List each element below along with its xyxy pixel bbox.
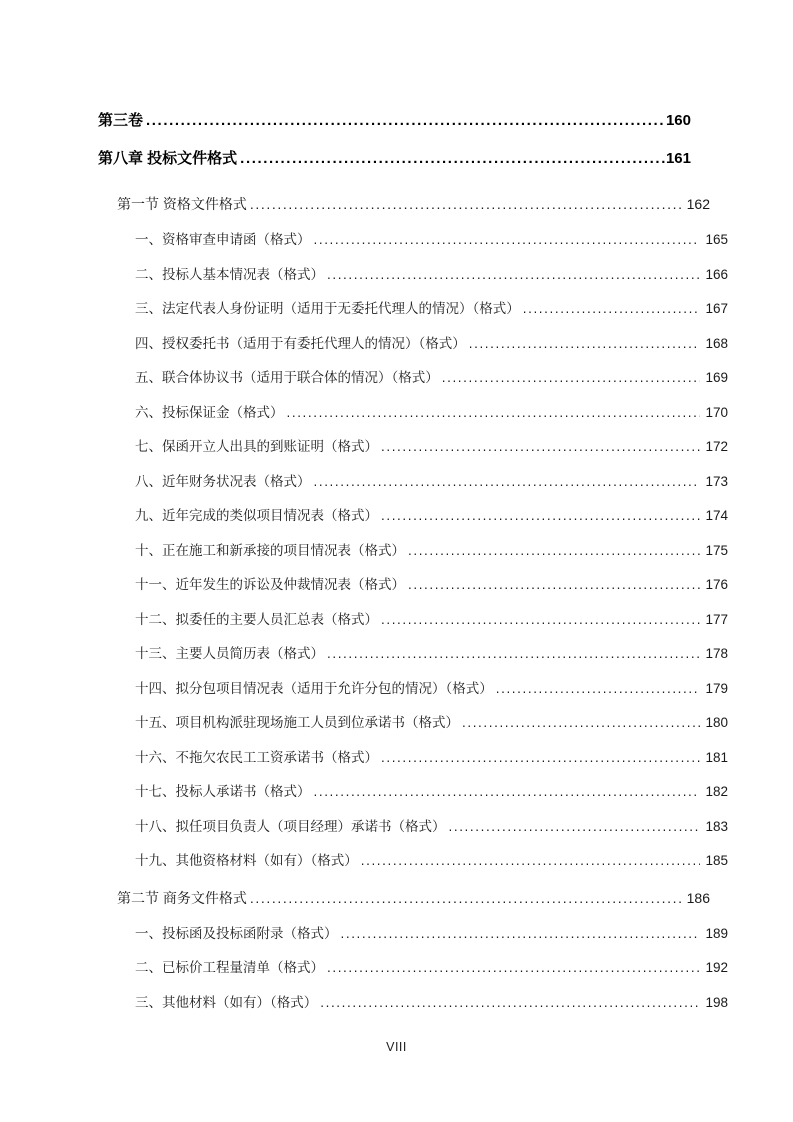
toc-entry-title: 十一、近年发生的诉讼及仲裁情况表（格式） [135, 576, 405, 593]
toc-leader-dots [240, 150, 665, 168]
toc-entry[interactable]: 一、投标函及投标函附录（格式） 189 [98, 925, 728, 942]
toc-entry-title: 二、投标人基本情况表（格式） [135, 266, 324, 283]
toc-entry-page: 189 [700, 925, 728, 942]
toc-leader-dots [314, 783, 701, 800]
toc-entry-title: 第二节 商务文件格式 [117, 890, 247, 907]
toc-entry[interactable]: 第八章 投标文件格式 161 [98, 150, 691, 168]
toc-entry[interactable]: 十二、拟委任的主要人员汇总表（格式） 177 [98, 611, 728, 628]
table-of-contents: 第三卷 160 第八章 投标文件格式 161 第一节 资格文件格式 162 一、… [98, 112, 691, 1028]
toc-leader-dots [462, 714, 700, 731]
toc-entry-title: 十五、项目机构派驻现场施工人员到位承诺书（格式） [135, 714, 459, 731]
toc-entry-title: 第三卷 [98, 112, 143, 130]
toc-entry-page: 179 [700, 680, 728, 697]
toc-leader-dots [341, 925, 701, 942]
toc-entry-title: 十四、拟分包项目情况表（适用于允许分包的情况）（格式） [135, 680, 493, 697]
document-page: 第三卷 160 第八章 投标文件格式 161 第一节 资格文件格式 162 一、… [0, 0, 793, 1122]
toc-entry-page: 166 [700, 266, 728, 283]
toc-entry[interactable]: 九、近年完成的类似项目情况表（格式） 174 [98, 507, 728, 524]
toc-entry-page: 181 [700, 749, 728, 766]
toc-entry-page: 161 [665, 150, 691, 168]
toc-leader-dots [381, 507, 700, 524]
toc-entry-title: 十八、拟任项目负责人（项目经理）承诺书（格式） [135, 818, 446, 835]
toc-entry-title: 六、投标保证金（格式） [135, 404, 284, 421]
toc-entry[interactable]: 十六、不拖欠农民工工资承诺书（格式） 181 [98, 749, 728, 766]
toc-entry-page: 175 [700, 542, 728, 559]
toc-entry-page: 178 [700, 645, 728, 662]
toc-leader-dots [361, 852, 701, 869]
toc-entry-title: 十七、投标人承诺书（格式） [135, 783, 311, 800]
toc-entry-title: 一、资格审查申请函（格式） [135, 231, 311, 248]
toc-entry-title: 三、法定代表人身份证明（适用于无委托代理人的情况）（格式） [135, 300, 520, 317]
toc-entry-title: 十二、拟委任的主要人员汇总表（格式） [135, 611, 378, 628]
toc-leader-dots [381, 438, 700, 455]
toc-entry-page: 186 [682, 890, 710, 907]
toc-entry-title: 十、正在施工和新承接的项目情况表（格式） [135, 542, 405, 559]
toc-entry-title: 第一节 资格文件格式 [117, 196, 247, 213]
toc-entry-page: 198 [700, 994, 728, 1011]
toc-entry-page: 167 [700, 300, 728, 317]
toc-entry[interactable]: 十九、其他资格材料（如有）（格式） 185 [98, 852, 728, 869]
toc-leader-dots [381, 611, 700, 628]
toc-leader-dots [250, 196, 682, 213]
toc-entry-page: 160 [665, 112, 691, 130]
toc-entry-title: 二、已标价工程量清单（格式） [135, 959, 324, 976]
toc-entry-page: 192 [700, 959, 728, 976]
toc-leader-dots [327, 266, 700, 283]
toc-entry-page: 170 [700, 404, 728, 421]
toc-entry-title: 十九、其他资格材料（如有）（格式） [135, 852, 358, 869]
toc-entry[interactable]: 二、已标价工程量清单（格式） 192 [98, 959, 728, 976]
toc-leader-dots [320, 994, 700, 1011]
toc-entry-page: 185 [700, 852, 728, 869]
toc-leader-dots [314, 473, 701, 490]
toc-entry-page: 168 [700, 335, 728, 352]
toc-entry[interactable]: 十三、主要人员简历表（格式） 178 [98, 645, 728, 662]
toc-leader-dots [381, 749, 700, 766]
toc-entry[interactable]: 七、保函开立人出具的到账证明（格式） 172 [98, 438, 728, 455]
toc-entry-page: 173 [700, 473, 728, 490]
toc-leader-dots [327, 645, 700, 662]
toc-entry[interactable]: 八、近年财务状况表（格式） 173 [98, 473, 728, 490]
toc-entry[interactable]: 三、其他材料（如有）（格式） 198 [98, 994, 728, 1011]
toc-entry[interactable]: 五、联合体协议书（适用于联合体的情况）（格式） 169 [98, 369, 728, 386]
toc-entry[interactable]: 四、授权委托书（适用于有委托代理人的情况）（格式） 168 [98, 335, 728, 352]
toc-leader-dots [287, 404, 701, 421]
toc-leader-dots [250, 890, 682, 907]
toc-entry[interactable]: 十、正在施工和新承接的项目情况表（格式） 175 [98, 542, 728, 559]
toc-leader-dots [408, 576, 700, 593]
toc-leader-dots [442, 369, 701, 386]
toc-entry-title: 十六、不拖欠农民工工资承诺书（格式） [135, 749, 378, 766]
toc-entry-title: 十三、主要人员简历表（格式） [135, 645, 324, 662]
toc-entry[interactable]: 第一节 资格文件格式 162 [98, 196, 710, 213]
toc-leader-dots [408, 542, 700, 559]
toc-entry-page: 169 [700, 369, 728, 386]
toc-leader-dots [496, 680, 701, 697]
toc-entry-title: 七、保函开立人出具的到账证明（格式） [135, 438, 378, 455]
toc-leader-dots [449, 818, 701, 835]
toc-leader-dots [523, 300, 701, 317]
toc-entry[interactable]: 十八、拟任项目负责人（项目经理）承诺书（格式） 183 [98, 818, 728, 835]
toc-entry-page: 165 [700, 231, 728, 248]
toc-entry-title: 四、授权委托书（适用于有委托代理人的情况）（格式） [135, 335, 466, 352]
toc-entry[interactable]: 第二节 商务文件格式 186 [98, 890, 710, 907]
toc-entry-page: 176 [700, 576, 728, 593]
toc-entry-title: 一、投标函及投标函附录（格式） [135, 925, 338, 942]
toc-entry[interactable]: 十四、拟分包项目情况表（适用于允许分包的情况）（格式） 179 [98, 680, 728, 697]
toc-entry-title: 三、其他材料（如有）（格式） [135, 994, 317, 1011]
toc-leader-dots [146, 112, 665, 130]
toc-entry-page: 174 [700, 507, 728, 524]
toc-entry-page: 177 [700, 611, 728, 628]
toc-entry[interactable]: 六、投标保证金（格式） 170 [98, 404, 728, 421]
toc-entry-page: 183 [700, 818, 728, 835]
toc-leader-dots [469, 335, 701, 352]
toc-entry-page: 182 [700, 783, 728, 800]
toc-entry[interactable]: 十一、近年发生的诉讼及仲裁情况表（格式） 176 [98, 576, 728, 593]
toc-entry-title: 八、近年财务状况表（格式） [135, 473, 311, 490]
toc-entry[interactable]: 一、资格审查申请函（格式） 165 [98, 231, 728, 248]
toc-entry-page: 180 [700, 714, 728, 731]
toc-entry[interactable]: 第三卷 160 [98, 112, 691, 130]
toc-entry[interactable]: 二、投标人基本情况表（格式） 166 [98, 266, 728, 283]
page-number-footer: VIII [0, 1040, 793, 1054]
toc-entry[interactable]: 三、法定代表人身份证明（适用于无委托代理人的情况）（格式） 167 [98, 300, 728, 317]
toc-leader-dots [314, 231, 701, 248]
toc-entry-page: 172 [700, 438, 728, 455]
toc-entry-title: 第八章 投标文件格式 [98, 150, 237, 168]
toc-entry-title: 九、近年完成的类似项目情况表（格式） [135, 507, 378, 524]
toc-entry-page: 162 [682, 196, 710, 213]
toc-entry-title: 五、联合体协议书（适用于联合体的情况）（格式） [135, 369, 439, 386]
toc-leader-dots [327, 959, 700, 976]
toc-entry[interactable]: 十五、项目机构派驻现场施工人员到位承诺书（格式） 180 [98, 714, 728, 731]
toc-entry[interactable]: 十七、投标人承诺书（格式） 182 [98, 783, 728, 800]
